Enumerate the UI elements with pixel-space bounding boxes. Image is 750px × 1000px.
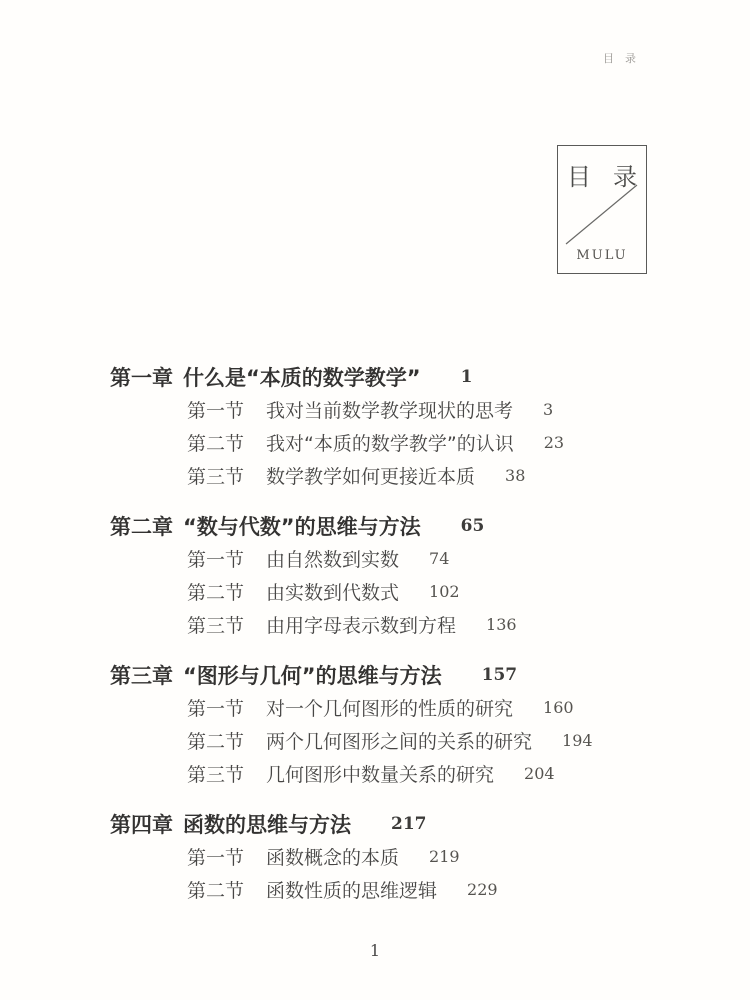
section-entry: 第一节 函数概念的本质 219 xyxy=(187,840,670,873)
section-label: 第一节 xyxy=(187,694,244,721)
section-title: 由实数到代数式 xyxy=(266,578,399,605)
section-page-number: 204 xyxy=(524,764,555,783)
section-entry: 第二节 由实数到代数式 102 xyxy=(187,575,670,608)
page-number: 1 xyxy=(0,941,750,960)
chapter-heading: 第四章 函数的思维与方法 217 xyxy=(110,807,670,840)
section-title: 我对当前数学教学现状的思考 xyxy=(266,396,513,423)
chapter-heading: 第二章 “数与代数”的思维与方法 65 xyxy=(110,509,670,542)
section-label: 第一节 xyxy=(187,396,244,423)
section-page-number: 136 xyxy=(486,615,517,634)
section-title: 对一个几何图形的性质的研究 xyxy=(266,694,513,721)
section-entry: 第一节 我对当前数学教学现状的思考 3 xyxy=(187,393,670,426)
chapter-title: “数与代数”的思维与方法 xyxy=(183,511,421,541)
section-label: 第一节 xyxy=(187,843,244,870)
section-title: 由用字母表示数到方程 xyxy=(266,611,456,638)
section-page-number: 194 xyxy=(562,731,593,750)
section-label: 第二节 xyxy=(187,578,244,605)
chapter-entry: 第四章 函数的思维与方法 217 第一节 函数概念的本质 219 第二节 函数性… xyxy=(110,807,670,906)
running-header: 目 录 xyxy=(603,50,636,66)
section-label: 第三节 xyxy=(187,760,244,787)
chapter-heading: 第三章 “图形与几何”的思维与方法 157 xyxy=(110,658,670,691)
chapter-page-number: 157 xyxy=(482,665,518,685)
chapter-page-number: 1 xyxy=(461,367,473,387)
section-page-number: 229 xyxy=(467,880,498,899)
chapter-title: 函数的思维与方法 xyxy=(183,809,351,839)
chapter-label: 第一章 xyxy=(110,362,173,392)
section-label: 第三节 xyxy=(187,462,244,489)
section-title: 数学教学如何更接近本质 xyxy=(266,462,475,489)
chapter-title: “图形与几何”的思维与方法 xyxy=(183,660,442,690)
section-entry: 第二节 函数性质的思维逻辑 229 xyxy=(187,873,670,906)
section-entry: 第一节 由自然数到实数 74 xyxy=(187,542,670,575)
section-label: 第三节 xyxy=(187,611,244,638)
chapter-label: 第四章 xyxy=(110,809,173,839)
toc-box-romanized-title: MULU xyxy=(558,248,646,263)
chapter-page-number: 65 xyxy=(461,516,485,536)
section-page-number: 74 xyxy=(429,549,449,568)
section-title: 函数概念的本质 xyxy=(266,843,399,870)
chapter-page-number: 217 xyxy=(391,814,427,834)
section-label: 第二节 xyxy=(187,727,244,754)
section-label: 第一节 xyxy=(187,545,244,572)
chapter-entry: 第二章 “数与代数”的思维与方法 65 第一节 由自然数到实数 74 第二节 由… xyxy=(110,509,670,641)
toc-list: 第一章 什么是“本质的数学教学” 1 第一节 我对当前数学教学现状的思考 3 第… xyxy=(110,360,670,923)
section-title: 由自然数到实数 xyxy=(266,545,399,572)
section-entry: 第三节 几何图形中数量关系的研究 204 xyxy=(187,757,670,790)
section-page-number: 3 xyxy=(543,400,553,419)
section-entry: 第三节 数学教学如何更接近本质 38 xyxy=(187,459,670,492)
section-page-number: 219 xyxy=(429,847,460,866)
section-title: 几何图形中数量关系的研究 xyxy=(266,760,494,787)
section-title: 我对“本质的数学教学”的认识 xyxy=(266,429,514,456)
section-entry: 第二节 我对“本质的数学教学”的认识 23 xyxy=(187,426,670,459)
chapter-heading: 第一章 什么是“本质的数学教学” 1 xyxy=(110,360,670,393)
chapter-label: 第二章 xyxy=(110,511,173,541)
section-page-number: 38 xyxy=(505,466,525,485)
chapter-entry: 第一章 什么是“本质的数学教学” 1 第一节 我对当前数学教学现状的思考 3 第… xyxy=(110,360,670,492)
chapter-label: 第三章 xyxy=(110,660,173,690)
toc-title-box: 目 录 MULU xyxy=(557,145,647,274)
section-entry: 第一节 对一个几何图形的性质的研究 160 xyxy=(187,691,670,724)
section-page-number: 102 xyxy=(429,582,460,601)
section-entry: 第三节 由用字母表示数到方程 136 xyxy=(187,608,670,641)
chapter-entry: 第三章 “图形与几何”的思维与方法 157 第一节 对一个几何图形的性质的研究 … xyxy=(110,658,670,790)
section-page-number: 160 xyxy=(543,698,574,717)
toc-page: 目 录 目 录 MULU 第一章 什么是“本质的数学教学” 1 第一节 我对当前… xyxy=(0,0,750,1000)
chapter-title: 什么是“本质的数学教学” xyxy=(183,362,421,392)
section-page-number: 23 xyxy=(544,433,564,452)
section-entry: 第二节 两个几何图形之间的关系的研究 194 xyxy=(187,724,670,757)
section-label: 第二节 xyxy=(187,429,244,456)
section-label: 第二节 xyxy=(187,876,244,903)
section-title: 函数性质的思维逻辑 xyxy=(266,876,437,903)
section-title: 两个几何图形之间的关系的研究 xyxy=(266,727,532,754)
